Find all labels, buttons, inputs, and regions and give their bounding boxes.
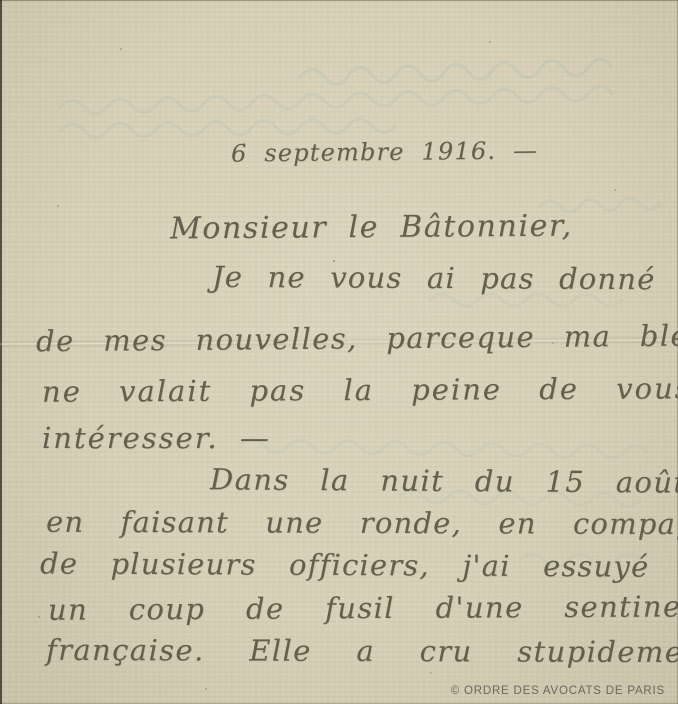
copyright-watermark: © ORDRE DES AVOCATS DE PARIS xyxy=(451,685,665,697)
body-line: un coup de fusil d'une sentinelle xyxy=(48,589,678,627)
body-line: française. Elle a cru stupidement xyxy=(46,633,678,669)
letter-page: 6 septembre 1916. — Monsieur le Bâtonnie… xyxy=(0,0,678,704)
salutation-line: Monsieur le Bâtonnier, xyxy=(170,209,573,247)
date-line: 6 septembre 1916. — xyxy=(231,136,538,167)
paper-specks xyxy=(0,0,2,2)
body-line: ne valait pas la peine de vous xyxy=(42,371,678,408)
body-line: en faisant une ronde, en compagnie xyxy=(46,505,678,541)
body-line: intéresser. — xyxy=(42,421,271,455)
body-line: Je ne vous ai pas donné xyxy=(212,260,656,296)
body-line: de mes nouvelles, parceque ma blessure xyxy=(36,318,678,358)
body-line: de plusieurs officiers, j'ai essuyé xyxy=(40,546,650,583)
body-line: Dans la nuit du 15 août, xyxy=(210,462,678,499)
